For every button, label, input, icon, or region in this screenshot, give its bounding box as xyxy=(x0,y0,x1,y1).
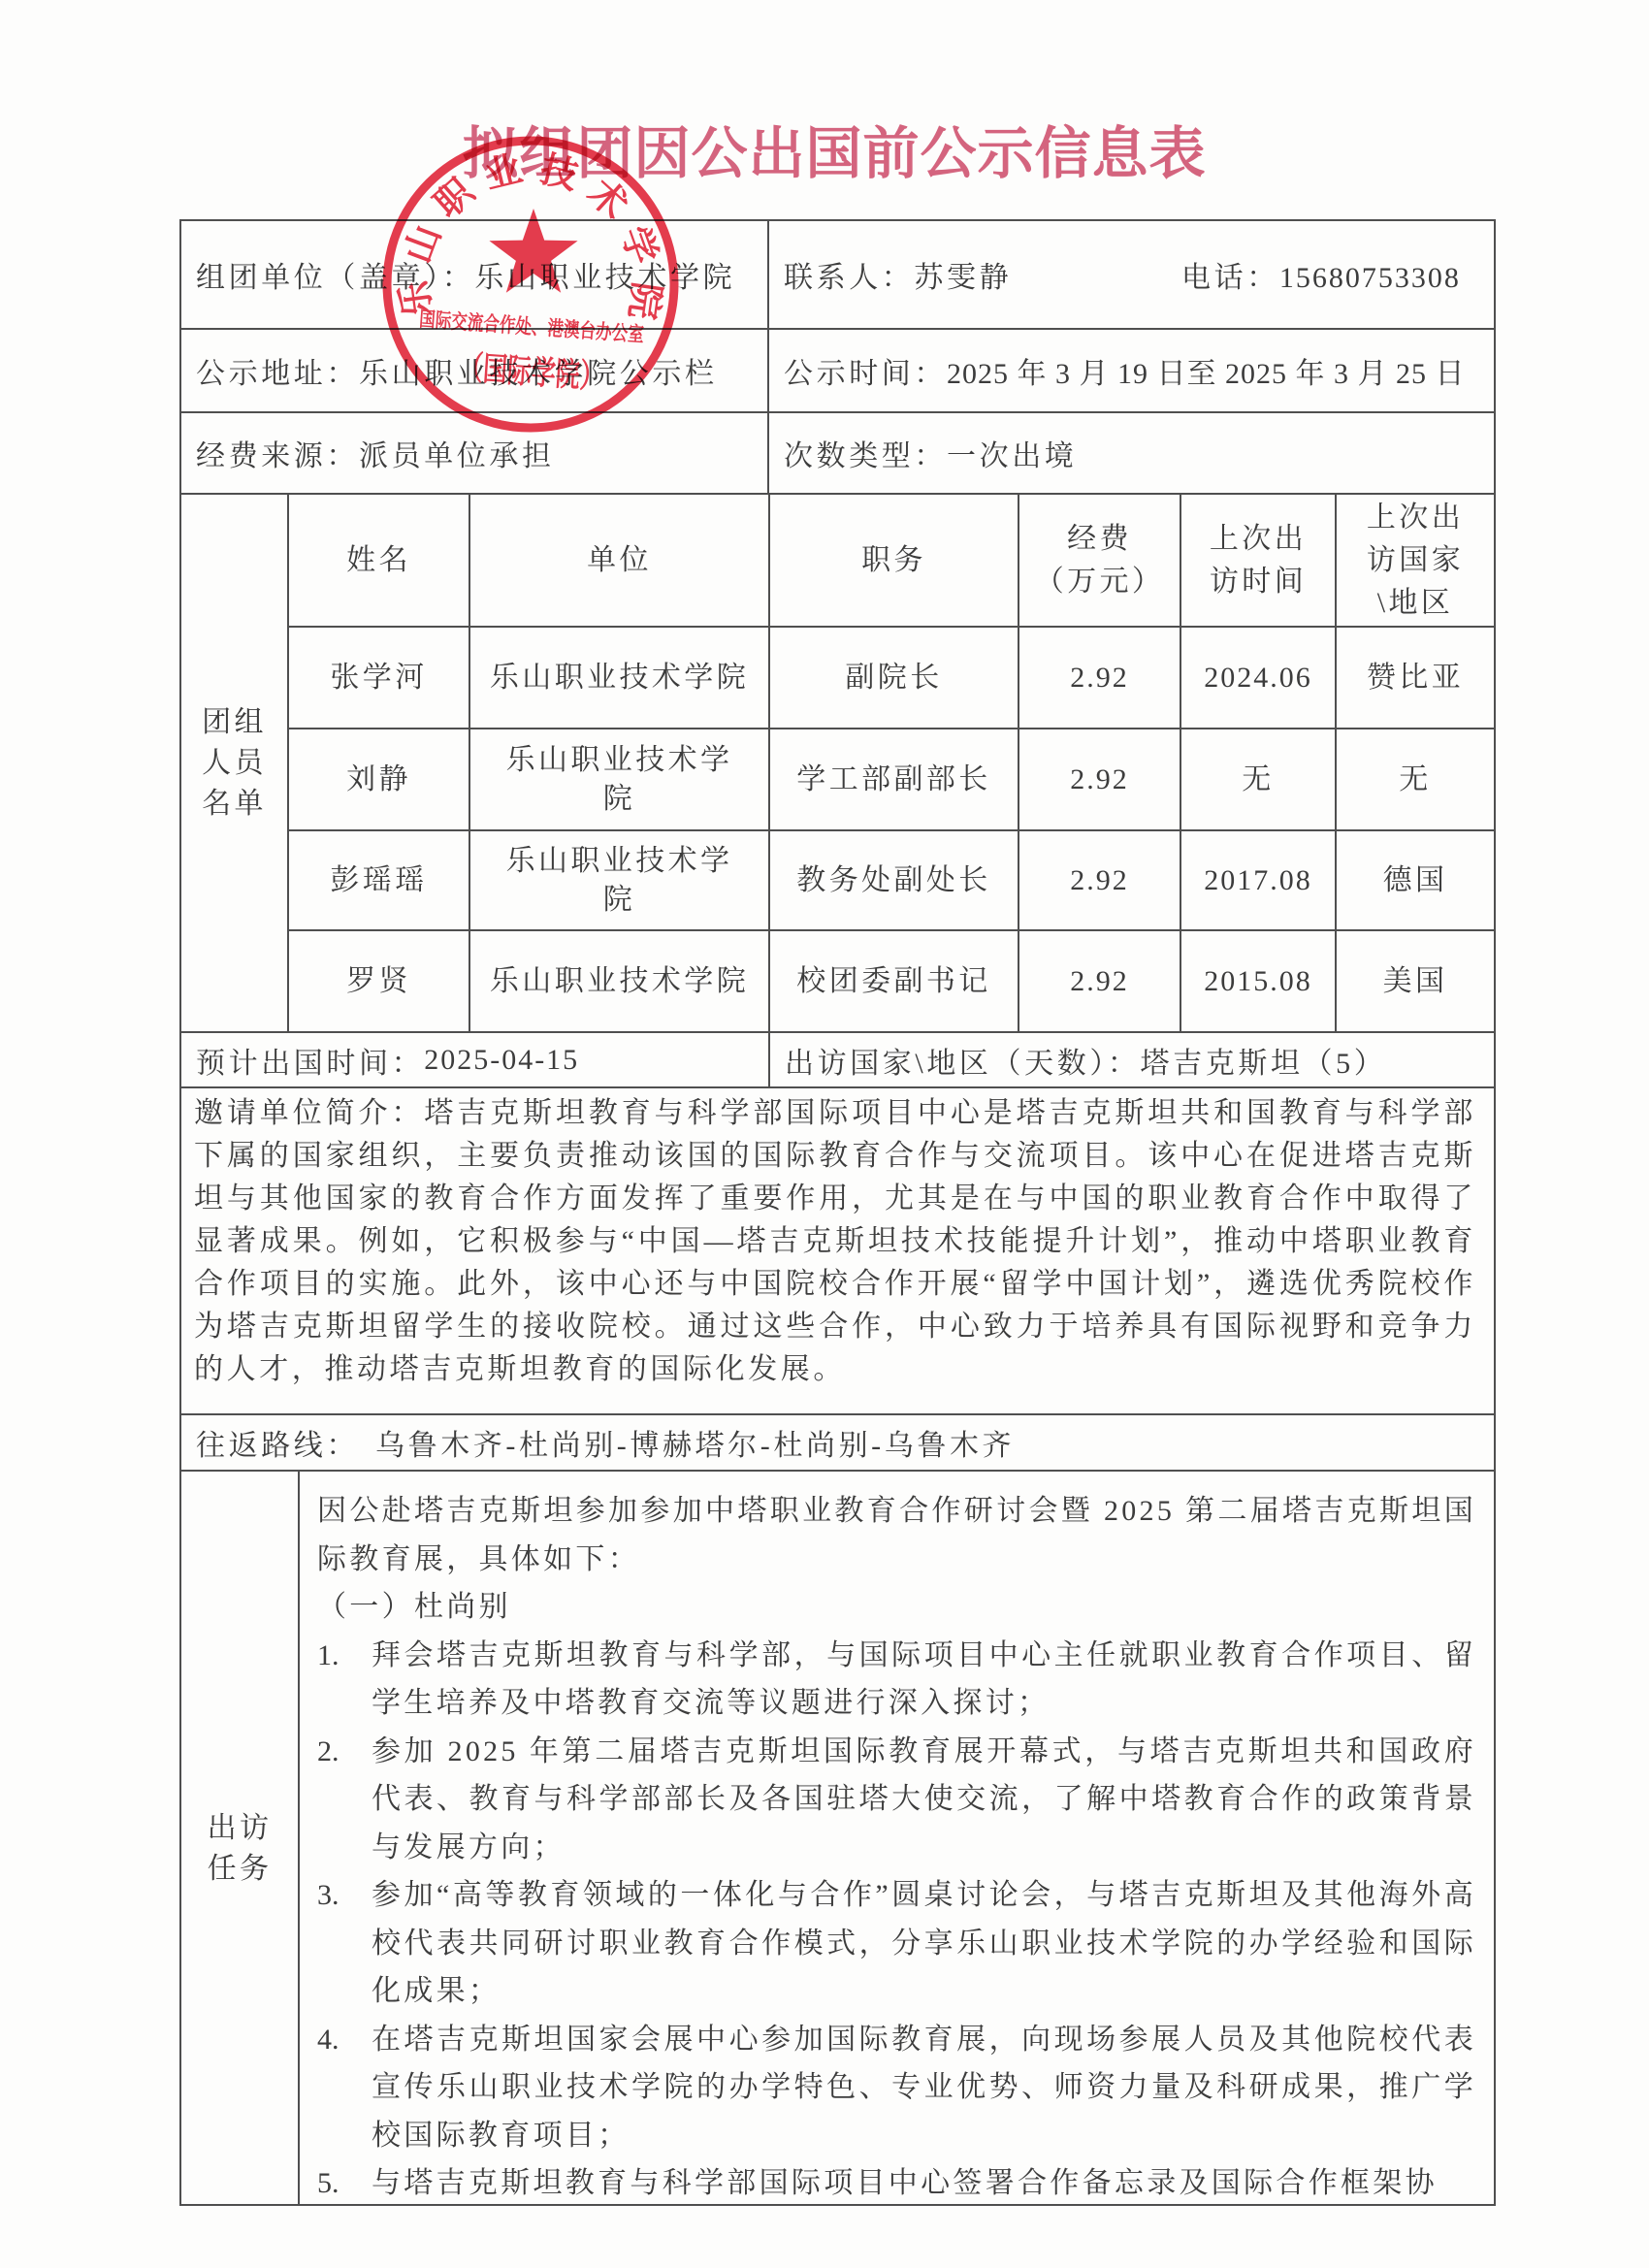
header-unit-label: 单位 xyxy=(587,541,652,580)
members-section-label-cell: 团组人员名单 xyxy=(179,493,289,1033)
member-unit-cell: 乐山职业技术学院 xyxy=(469,728,770,831)
route-value: 乌鲁木齐-杜尚别-博赫塔尔-杜尚别-乌鲁木齐 xyxy=(375,1421,1015,1464)
member-unit: 乐山职业技术学院 xyxy=(490,962,749,1001)
member-last-time-cell: 2024.06 xyxy=(1180,626,1337,729)
member-last-country: 赞比亚 xyxy=(1367,659,1464,697)
member-fee: 2.92 xyxy=(1070,962,1129,1001)
official-seal: 乐山职业技术学院 国际交流合作处、港澳台办公室 （国际学院） xyxy=(380,134,681,435)
trip-type-value: 一次出境 xyxy=(947,432,1077,474)
mission-intro: 因公赴塔吉克斯坦参加参加中塔职业教育合作研讨会暨 2025 第二届塔吉克斯坦国际… xyxy=(317,1487,1476,1583)
member-position: 校团委副书记 xyxy=(796,962,990,1001)
mission-item-number: 5. xyxy=(317,2159,339,2206)
header-fee-unit: （万元） xyxy=(1035,561,1165,603)
notice-address-label: 公示地址： xyxy=(196,349,359,392)
member-position: 教务处副处长 xyxy=(796,861,990,900)
member-position: 副院长 xyxy=(845,659,942,697)
route-cell: 往返路线： 乌鲁木齐-杜尚别-博赫塔尔-杜尚别-乌鲁木齐 xyxy=(179,1413,1496,1472)
members-section-label: 团组人员名单 xyxy=(200,702,270,825)
member-last-time: 无 xyxy=(1242,761,1274,799)
mission-section-heading: （一）杜尚别 xyxy=(317,1583,1476,1632)
member-name: 彭瑶瑶 xyxy=(330,861,427,900)
header-fee: 经费 （万元） xyxy=(1018,493,1181,628)
member-name-cell: 彭瑶瑶 xyxy=(287,829,470,931)
phone-label: 电话： xyxy=(1181,262,1279,294)
member-position: 学工部副部长 xyxy=(796,761,990,799)
mission-item-number: 1. xyxy=(317,1632,339,1680)
member-position-cell: 学工部副部长 xyxy=(768,728,1019,831)
member-name-cell: 刘静 xyxy=(287,728,470,831)
header-name: 姓名 xyxy=(287,493,470,628)
member-position-cell: 校团委副书记 xyxy=(768,929,1019,1033)
contact-value: 苏雯静 xyxy=(914,253,1012,296)
document-page: 拟组团因公出国前公示信息表 组团单位（盖章）：乐山职业技术学院 联系人：苏雯静 … xyxy=(0,0,1649,2268)
member-name-cell: 张学河 xyxy=(287,626,470,729)
member-last-time: 2017.08 xyxy=(1204,861,1312,900)
member-last-time-cell: 无 xyxy=(1180,728,1337,831)
phone-value: 15680753308 xyxy=(1279,262,1461,294)
member-unit-cell: 乐山职业技术学院 xyxy=(469,929,770,1033)
member-name: 刘静 xyxy=(346,761,411,799)
seal-line1: 国际交流合作处、港澳台办公室 xyxy=(418,308,644,346)
header-unit: 单位 xyxy=(469,493,770,628)
member-unit: 乐山职业技术学院 xyxy=(501,842,738,920)
mission-item-text: 拜会塔吉克斯坦教育与科学部，与国际项目中心主任就职业教育合作项目、留学生培养及中… xyxy=(372,1639,1476,1720)
seal-line2: （国际学院） xyxy=(458,348,605,397)
member-fee-cell: 2.92 xyxy=(1018,728,1181,831)
member-last-time-cell: 2015.08 xyxy=(1180,929,1337,1033)
header-position-label: 职务 xyxy=(861,541,926,580)
header-last-time: 上次出访时间 xyxy=(1180,493,1337,628)
mission-item-text: 参加 2025 年第二届塔吉克斯坦国际教育展开幕式，与塔吉克斯坦共和国政府代表、… xyxy=(372,1735,1476,1863)
member-unit-cell: 乐山职业技术学院 xyxy=(469,829,770,931)
mission-label-cell: 出访任务 xyxy=(179,1470,300,2206)
member-last-country-cell: 无 xyxy=(1335,728,1496,831)
mission-item: 5. 与塔吉克斯坦教育与科学部国际项目中心签署合作备忘录及国际合作框架协 xyxy=(317,2159,1476,2206)
mission-content-cell: 因公赴塔吉克斯坦参加参加中塔职业教育合作研讨会暨 2025 第二届塔吉克斯坦国际… xyxy=(298,1470,1496,2206)
mission-item: 4. 在塔吉克斯坦国家会展中心参加国际教育展，向现场参展人员及其他院校代表宣传乐… xyxy=(317,2016,1476,2160)
header-last-time-label: 上次出访时间 xyxy=(1206,518,1310,603)
header-position: 职务 xyxy=(768,493,1019,628)
header-last-country: 上次出访国家\地区 xyxy=(1335,493,1496,628)
departure-date-cell: 预计出国时间：2025-04-15 xyxy=(179,1031,770,1088)
phone-field: 电话：15680753308 xyxy=(1181,253,1461,296)
member-last-country-cell: 赞比亚 xyxy=(1335,626,1496,729)
mission-content: 因公赴塔吉克斯坦参加参加中塔职业教育合作研讨会暨 2025 第二届塔吉克斯坦国际… xyxy=(317,1487,1476,2206)
mission-item: 1. 拜会塔吉克斯坦教育与科学部，与国际项目中心主任就职业教育合作项目、留学生培… xyxy=(317,1632,1476,1728)
member-name: 张学河 xyxy=(330,659,427,697)
member-last-country: 德国 xyxy=(1383,861,1448,900)
mission-item: 2. 参加 2025 年第二届塔吉克斯坦国际教育展开幕式，与塔吉克斯坦共和国政府… xyxy=(317,1728,1476,1872)
destination-cell: 出访国家\地区（天数）：塔吉克斯坦（5） xyxy=(768,1031,1496,1088)
invitation-cell: 邀请单位简介：塔吉克斯坦教育与科学部国际项目中心是塔吉克斯坦共和国教育与科学部下… xyxy=(179,1086,1496,1415)
member-unit: 乐山职业技术学院 xyxy=(501,741,738,819)
member-last-time: 2015.08 xyxy=(1204,962,1312,1001)
member-last-time-cell: 2017.08 xyxy=(1180,829,1337,931)
header-fee-stack: 经费 （万元） xyxy=(1035,518,1165,603)
destination-value: 塔吉克斯坦（5） xyxy=(1141,1039,1387,1082)
contact-cell: 联系人：苏雯静 电话：15680753308 xyxy=(767,219,1496,330)
contact-label: 联系人： xyxy=(784,253,914,296)
invitation-label: 邀请单位简介： xyxy=(194,1097,424,1129)
header-name-label: 姓名 xyxy=(346,541,411,580)
member-last-time: 2024.06 xyxy=(1204,659,1312,697)
destination-label: 出访国家\地区（天数）： xyxy=(785,1039,1141,1082)
member-last-country: 无 xyxy=(1399,761,1431,799)
member-last-country-cell: 美国 xyxy=(1335,929,1496,1033)
mission-item-number: 3. xyxy=(317,1871,339,1920)
member-unit: 乐山职业技术学院 xyxy=(490,659,749,697)
notice-period-value: 2025 年 3 月 19 日至 2025 年 3 月 25 日 xyxy=(947,349,1466,392)
member-last-country: 美国 xyxy=(1383,962,1448,1001)
star-icon xyxy=(489,209,577,293)
invitation-paragraph: 邀请单位简介：塔吉克斯坦教育与科学部国际项目中心是塔吉克斯坦共和国教育与科学部下… xyxy=(194,1092,1476,1391)
member-last-country-cell: 德国 xyxy=(1335,829,1496,931)
departure-date-label: 预计出国时间： xyxy=(196,1039,424,1082)
mission-label: 出访任务 xyxy=(205,1808,275,1890)
trip-type-cell: 次数类型：一次出境 xyxy=(767,411,1496,495)
mission-item-text: 在塔吉克斯坦国家会展中心参加国际教育展，向现场参展人员及其他院校代表宣传乐山职业… xyxy=(372,2024,1476,2152)
member-position-cell: 副院长 xyxy=(768,626,1019,729)
mission-item-number: 2. xyxy=(317,1728,339,1776)
member-position-cell: 教务处副处长 xyxy=(768,829,1019,931)
header-last-country-label: 上次出访国家\地区 xyxy=(1357,497,1473,625)
member-unit-cell: 乐山职业技术学院 xyxy=(469,626,770,729)
member-fee: 2.92 xyxy=(1070,861,1129,900)
mission-item-text: 与塔吉克斯坦教育与科学部国际项目中心签署合作备忘录及国际合作框架协 xyxy=(372,2167,1438,2199)
header-fee-label: 经费 xyxy=(1067,518,1132,561)
member-fee: 2.92 xyxy=(1070,659,1129,697)
member-fee-cell: 2.92 xyxy=(1018,929,1181,1033)
member-name-cell: 罗贤 xyxy=(287,929,470,1033)
trip-type-label: 次数类型： xyxy=(784,432,947,474)
notice-period-label: 公示时间： xyxy=(784,349,947,392)
member-fee-cell: 2.92 xyxy=(1018,829,1181,931)
mission-item-number: 4. xyxy=(317,2016,339,2064)
member-fee: 2.92 xyxy=(1070,761,1129,799)
mission-item: 3. 参加“高等教育领域的一体化与合作”圆桌讨论会，与塔吉克斯坦及其他海外高校代… xyxy=(317,1871,1476,2016)
route-label: 往返路线： xyxy=(196,1421,359,1464)
departure-date-value: 2025-04-15 xyxy=(424,1044,579,1077)
funding-value: 派员单位承担 xyxy=(359,432,555,474)
invitation-text: 塔吉克斯坦教育与科学部国际项目中心是塔吉克斯坦共和国教育与科学部下属的国家组织，… xyxy=(194,1097,1476,1385)
mission-item-text: 参加“高等教育领域的一体化与合作”圆桌讨论会，与塔吉克斯坦及其他海外高校代表共同… xyxy=(372,1879,1476,2007)
funding-label: 经费来源： xyxy=(196,432,359,474)
notice-period-cell: 公示时间：2025 年 3 月 19 日至 2025 年 3 月 25 日 xyxy=(767,328,1496,413)
member-fee-cell: 2.92 xyxy=(1018,626,1181,729)
member-name: 罗贤 xyxy=(346,962,411,1001)
